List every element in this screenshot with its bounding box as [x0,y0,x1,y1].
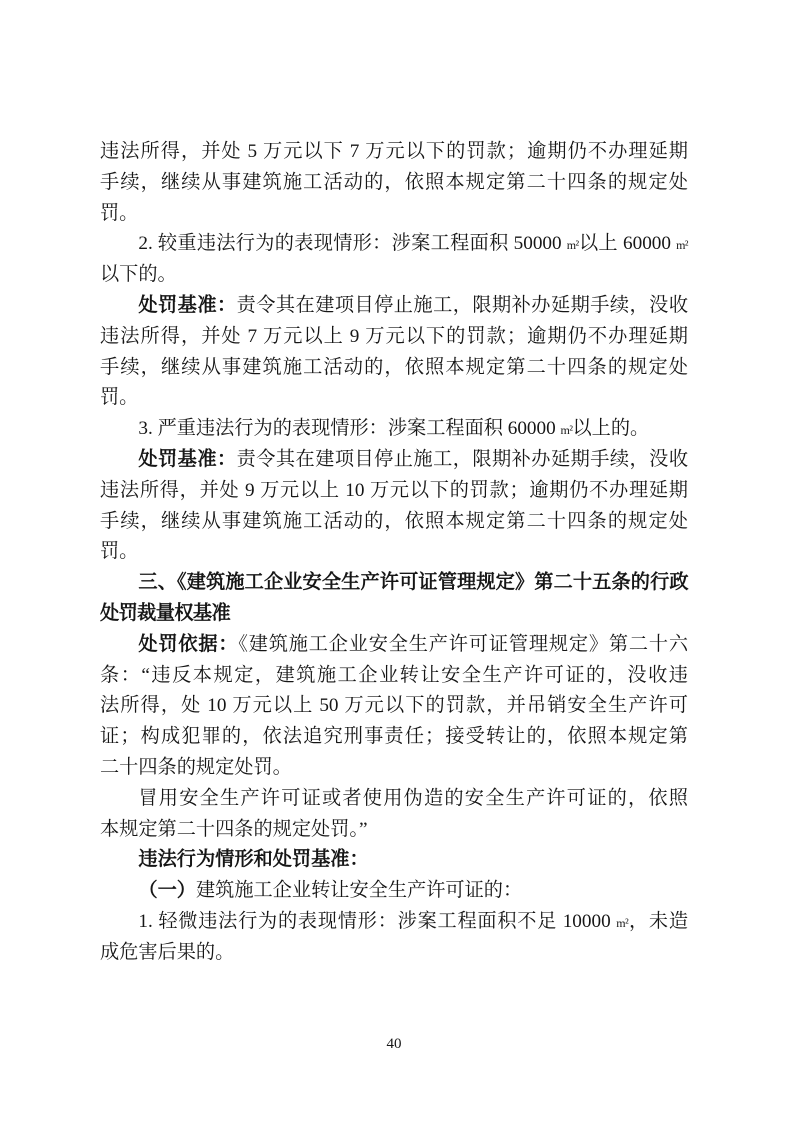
text-run: 二十四条的规定处罚。 [100,757,292,778]
text-run: 责令其在建项目停止施工，限期补办延期手续，没收 [237,449,688,470]
bold-text-run: 处罚基准： [138,449,236,470]
text-line: 处罚裁量权基准 [100,599,688,630]
text-run: 冒用安全生产许可证或者使用伪造的安全生产许可证的，依照 [138,788,688,809]
text-run: 证；构成犯罪的，依法追究刑事责任；接受转让的，依照本规定第 [100,726,688,747]
text-line: 违法行为情形和处罚基准： [100,845,688,876]
text-line: 冒用安全生产许可证或者使用伪造的安全生产许可证的，依照 [100,784,688,815]
text-run: 罚。 [100,203,138,224]
para-situation-minor: 1. 轻微违法行为的表现情形：涉案工程面积不足 10000 m²，未造成危害后果… [100,907,688,969]
bold-text-run: 处罚依据： [138,634,238,655]
text-run: 手续，继续从事建筑施工活动的，依照本规定第二十四条的规定处 [100,511,688,532]
text-line: 法所得，处 10 万元以上 50 万元以下的罚款，并吊销安全生产许可 [100,691,688,722]
para-penalty-basis-moderate: 处罚基准：责令其在建项目停止施工，限期补办延期手续，没收违法所得，并处 7 万元… [100,291,688,414]
square-meter-unit: m² [616,916,628,930]
text-run: 以下的。 [100,264,177,285]
text-run: 违法所得，并处 5 万元以下 7 万元以下的罚款；逾期仍不办理延期 [100,141,688,162]
text-run: 罚。 [100,541,138,562]
page-footer: 40 [100,1035,688,1053]
text-run: 3. 严重违法行为的表现情形：涉案工程面积 60000 m²以上的。 [138,418,649,439]
text-run: 条：“违反本规定，建筑施工企业转让安全生产许可证的，没收违 [100,665,688,686]
text-line: 二十四条的规定处罚。 [100,753,688,784]
para-fraudulent-use: 冒用安全生产许可证或者使用伪造的安全生产许可证的，依照本规定第二十四条的规定处罚… [100,784,688,846]
text-line: 手续，继续从事建筑施工活动的，依照本规定第二十四条的规定处 [100,353,688,384]
square-meter-unit: m² [567,238,579,252]
document-body: 违法所得，并处 5 万元以下 7 万元以下的罚款；逾期仍不办理延期手续，继续从事… [100,137,688,969]
text-run: 本规定第二十四条的规定处罚。” [100,819,368,840]
heading-section-three: 三、《建筑施工企业安全生产许可证管理规定》第二十五条的行政处罚裁量权基准 [100,568,688,630]
text-line: （一）建筑施工企业转让安全生产许可证的： [100,876,688,907]
text-line: 三、《建筑施工企业安全生产许可证管理规定》第二十五条的行政 [100,568,688,599]
text-run: 法所得，处 10 万元以上 50 万元以下的罚款，并吊销安全生产许可 [100,695,688,716]
text-line: 罚。 [100,383,688,414]
text-line: 罚。 [100,199,688,230]
text-run: 成危害后果的。 [100,942,234,963]
text-line: 条：“违反本规定，建筑施工企业转让安全生产许可证的，没收违 [100,661,688,692]
bold-text-run: 处罚基准： [138,295,236,316]
text-line: 证；构成犯罪的，依法追究刑事责任；接受转让的，依照本规定第 [100,722,688,753]
para-penalty-legal-basis: 处罚依据：《建筑施工企业安全生产许可证管理规定》第二十六条：“违反本规定，建筑施… [100,630,688,784]
text-run: 建筑施工企业转让安全生产许可证的： [196,880,522,901]
bold-text-run: 处罚裁量权基准 [100,603,230,624]
text-line: 本规定第二十四条的规定处罚。” [100,815,688,846]
text-line: 手续，继续从事建筑施工活动的，依照本规定第二十四条的规定处 [100,507,688,538]
text-line: 罚。 [100,537,688,568]
text-run: 《建筑施工企业安全生产许可证管理规定》第二十六 [238,634,688,655]
text-line: 违法所得，并处 7 万元以上 9 万元以下的罚款；逾期仍不办理延期 [100,322,688,353]
text-run: 1. 轻微违法行为的表现情形：涉案工程面积不足 10000 m²，未造 [138,911,688,932]
text-run: 2. 较重违法行为的表现情形：涉案工程面积 50000 m²以上 60000 m… [138,233,688,254]
text-run: 手续，继续从事建筑施工活动的，依照本规定第二十四条的规定处 [100,357,688,378]
para-situation-moderate: 2. 较重违法行为的表现情形：涉案工程面积 50000 m²以上 60000 m… [100,229,688,291]
text-line: 处罚基准：责令其在建项目停止施工，限期补办延期手续，没收 [100,445,688,476]
para-penalty-basis-severe: 处罚基准：责令其在建项目停止施工，限期补办延期手续，没收违法所得，并处 9 万元… [100,445,688,568]
text-line: 成危害后果的。 [100,938,688,969]
para-penalty-continuation: 违法所得，并处 5 万元以下 7 万元以下的罚款；逾期仍不办理延期手续，继续从事… [100,137,688,229]
text-line: 1. 轻微违法行为的表现情形：涉案工程面积不足 10000 m²，未造 [100,907,688,938]
para-item-one-transfer-license: （一）建筑施工企业转让安全生产许可证的： [100,876,688,907]
bold-text-run: （一） [138,880,196,901]
heading-violation-and-penalty-basis: 违法行为情形和处罚基准： [100,845,688,876]
text-run: 责令其在建项目停止施工，限期补办延期手续，没收 [237,295,688,316]
para-situation-severe: 3. 严重违法行为的表现情形：涉案工程面积 60000 m²以上的。 [100,414,688,445]
document-page: 违法所得，并处 5 万元以下 7 万元以下的罚款；逾期仍不办理延期手续，继续从事… [0,0,793,1122]
bold-text-run: 三、《建筑施工企业安全生产许可证管理规定》第二十五条的行政 [138,572,688,593]
text-line: 以下的。 [100,260,688,291]
text-run: 违法所得，并处 9 万元以上 10 万元以下的罚款；逾期仍不办理延期 [100,480,688,501]
square-meter-unit: m² [676,238,688,252]
text-run: 手续，继续从事建筑施工活动的，依照本规定第二十四条的规定处 [100,172,688,193]
text-line: 违法所得，并处 9 万元以上 10 万元以下的罚款；逾期仍不办理延期 [100,476,688,507]
text-run: 罚。 [100,387,138,408]
bold-text-run: 违法行为情形和处罚基准： [138,849,368,870]
square-meter-unit: m² [561,423,573,437]
text-line: 违法所得，并处 5 万元以下 7 万元以下的罚款；逾期仍不办理延期 [100,137,688,168]
text-run: 违法所得，并处 7 万元以上 9 万元以下的罚款；逾期仍不办理延期 [100,326,688,347]
page-number: 40 [387,1036,402,1052]
text-line: 2. 较重违法行为的表现情形：涉案工程面积 50000 m²以上 60000 m… [100,229,688,260]
text-line: 处罚基准：责令其在建项目停止施工，限期补办延期手续，没收 [100,291,688,322]
text-line: 3. 严重违法行为的表现情形：涉案工程面积 60000 m²以上的。 [100,414,688,445]
text-line: 手续，继续从事建筑施工活动的，依照本规定第二十四条的规定处 [100,168,688,199]
text-line: 处罚依据：《建筑施工企业安全生产许可证管理规定》第二十六 [100,630,688,661]
